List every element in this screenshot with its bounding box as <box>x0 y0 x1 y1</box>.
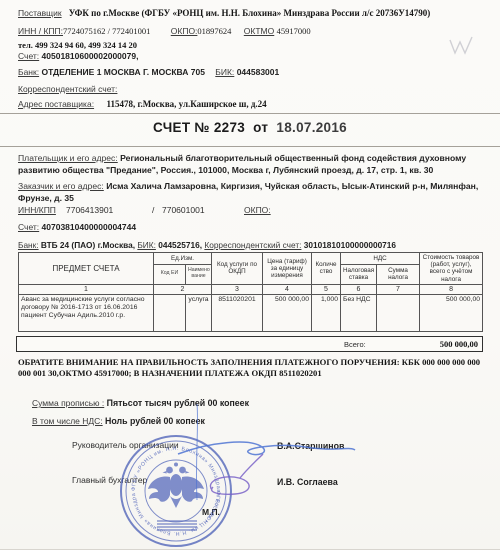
supplier-inn-kpp-label: ИНН / КПП: <box>18 26 63 36</box>
invoice-number: 2273 <box>214 120 245 135</box>
supplier-bank-line: Банк: ОТДЕЛЕНИЕ 1 МОСКВА Г. МОСКВА 705 Б… <box>18 67 279 77</box>
supplier-oktmo-value: 45917000 <box>277 26 311 36</box>
payment-warning: ОБРАТИТЕ ВНИМАНИЕ НА ПРАВИЛЬНОСТЬ ЗАПОЛН… <box>18 357 490 378</box>
col-service-code-header: Код услуги по ОКДП <box>212 253 263 285</box>
table-number-row: 1 2 3 4 5 6 7 8 <box>19 284 483 294</box>
col-number: 5 <box>312 284 341 294</box>
supplier-line: Поставщик УФК по г.Москве (ФГБУ «РОНЦ им… <box>18 8 430 18</box>
cell-unit-code <box>154 294 186 331</box>
customer-bik-value: 044525716, <box>158 240 202 250</box>
total-value: 500 000,00 <box>440 339 478 349</box>
sum-vat-label: В том числе НДС: <box>32 416 103 426</box>
supplier-okpo-value: 01897624 <box>197 26 231 36</box>
customer-corr-label: Корреспондентский счет: <box>204 240 301 250</box>
customer-corr-value: 30101810100000000716 <box>304 240 396 250</box>
invoice-title-word: СЧЕТ № <box>153 120 210 135</box>
col-number: 4 <box>263 284 312 294</box>
stamp-seal-icon: ФГБУ «РОНЦ им. Н.Н. Блохина» Минздрава Р… <box>117 433 235 549</box>
supplier-address-line: Адрес поставщика: 115478, г.Москва, ул.К… <box>18 99 267 109</box>
col-number: 3 <box>212 284 263 294</box>
customer-bank-line: Банк: ВТБ 24 (ПАО) г.Москва, БИК: 044525… <box>18 240 396 250</box>
col-unit-name-header: Наимено вание <box>186 264 212 284</box>
cell-qty: 1,000 <box>312 294 341 331</box>
supplier-inn-line: ИНН / КПП:7724075162 / 772401001 ОКПО:01… <box>18 26 311 36</box>
supplier-account-value: 40501810600002000079, <box>42 51 139 61</box>
customer-bank-value: ВТБ 24 (ПАО) г.Москва, <box>41 240 135 250</box>
supplier-account-line: Счет: 40501810600002000079, <box>18 51 138 61</box>
supplier-inn-kpp-value: 7724075162 / 772401001 <box>63 26 150 36</box>
payer-block: Плательщик и его адрес: Региональный бла… <box>18 153 486 176</box>
supplier-label: Поставщик <box>18 8 62 18</box>
col-unit-code-header: Код ЕИ <box>154 264 186 284</box>
customer-account-line: Счет: 40703810400000004744 <box>18 222 136 232</box>
cell-vat-rate: Без НДС <box>341 294 377 331</box>
customer-bik-label: БИК: <box>137 240 156 250</box>
cell-price: 500 000,00 <box>263 294 312 331</box>
col-number: 8 <box>420 284 483 294</box>
cell-total: 500 000,00 <box>420 294 483 331</box>
supplier-address-label: Адрес поставщика: <box>18 99 94 109</box>
total-label: Всего: <box>344 340 366 349</box>
supplier-corr-label: Корреспондентский счет: <box>18 84 117 94</box>
supplier-name: УФК по г.Москве (ФГБУ «РОНЦ им. Н.Н. Бло… <box>69 8 431 18</box>
customer-inn-kpp-label: ИНН/КПП <box>18 205 56 215</box>
sum-vat-line: В том числе НДС: Ноль рублей 00 копеек <box>32 416 205 426</box>
col-vat-header: НДС <box>341 253 420 265</box>
cell-unit-name: услуга <box>186 294 212 331</box>
sum-words-line: Сумма прописью : Пятьсот тысяч рублей 00… <box>32 398 249 408</box>
invoice-date: 18.07.2016 <box>276 120 347 135</box>
supplier-bank-label: Банк: <box>18 67 39 77</box>
invoice-title: СЧЕТ № 2273 от 18.07.2016 <box>0 120 500 135</box>
supplier-bik-label: БИК: <box>215 67 234 77</box>
col-number: 1 <box>19 284 154 294</box>
cell-subject: Аванс за медицинские услуги согласно дог… <box>19 294 154 331</box>
divider <box>0 146 500 147</box>
col-number: 2 <box>154 284 212 294</box>
col-vat-sum-header: Сумма налога <box>377 264 420 284</box>
customer-label: Заказчик и его адрес: <box>18 181 104 191</box>
payer-label: Плательщик и его адрес: <box>18 153 118 163</box>
customer-account-value: 40703810400000004744 <box>42 222 137 232</box>
customer-inn-value: 7706413901 <box>66 205 113 215</box>
table-row: Аванс за медицинские услуги согласно дог… <box>19 294 483 331</box>
director-name: В.А.Старшинов <box>277 441 344 451</box>
customer-account-label: Счет: <box>18 222 39 232</box>
customer-block: Заказчик и его адрес: Исма Халича Ламзар… <box>18 181 486 204</box>
table-header-row-1: ПРЕДМЕТ СЧЕТА Ед.Изм. Код услуги по ОКДП… <box>19 253 483 265</box>
supplier-corr-line: Корреспондентский счет: <box>18 84 117 94</box>
col-unit-header: Ед.Изм. <box>154 253 212 265</box>
supplier-okpo-label: ОКПО: <box>171 26 198 36</box>
sum-words-value: Пятьсот тысяч рублей 00 копеек <box>107 398 249 408</box>
col-vat-rate-header: Налоговая ставка <box>341 264 377 284</box>
customer-inn-kpp-separator: / <box>152 205 154 215</box>
double-headed-eagle-icon <box>148 463 204 509</box>
supplier-account-label: Счет: <box>18 51 39 61</box>
col-subject-header: ПРЕДМЕТ СЧЕТА <box>19 253 154 285</box>
cell-service-code: 8511020201 <box>212 294 263 331</box>
col-total-header: Стоимость товаров (работ, услуг), всего … <box>420 253 483 285</box>
divider <box>0 113 500 114</box>
supplier-phone: тел. 499 324 94 60, 499 324 14 20 <box>18 40 137 50</box>
customer-kpp-value: 770601001 <box>162 205 205 215</box>
customer-bank-label: Банк: <box>18 240 39 250</box>
col-qty-header: Количе ство <box>312 253 341 285</box>
customer-okpo-label: ОКПО: <box>244 205 271 215</box>
total-row: Всего: 500 000,00 <box>16 336 483 352</box>
official-stamp: ФГБУ «РОНЦ им. Н.Н. Блохина» Минздрава Р… <box>117 433 235 549</box>
pen-mark-icon <box>450 37 472 53</box>
sum-words-label: Сумма прописью : <box>32 398 104 408</box>
items-table: ПРЕДМЕТ СЧЕТА Ед.Изм. Код услуги по ОКДП… <box>18 252 483 332</box>
sum-vat-value: Ноль рублей 00 копеек <box>105 416 205 426</box>
col-number: 7 <box>377 284 420 294</box>
supplier-bank-value: ОТДЕЛЕНИЕ 1 МОСКВА Г. МОСКВА 705 <box>41 67 204 77</box>
supplier-oktmo-label: ОКТМО <box>244 26 274 36</box>
accountant-name: И.В. Соглаева <box>277 477 338 487</box>
cell-vat-sum <box>377 294 420 331</box>
supplier-address-value: 115478, г.Москва, ул.Каширское ш, д.24 <box>106 99 266 109</box>
col-number: 6 <box>341 284 377 294</box>
col-price-header: Цена (тариф) за единицу измерения <box>263 253 312 285</box>
supplier-bik-value: 044583001 <box>237 67 280 77</box>
invoice-title-of: от <box>253 120 268 135</box>
invoice-document: Поставщик УФК по г.Москве (ФГБУ «РОНЦ им… <box>0 0 500 550</box>
